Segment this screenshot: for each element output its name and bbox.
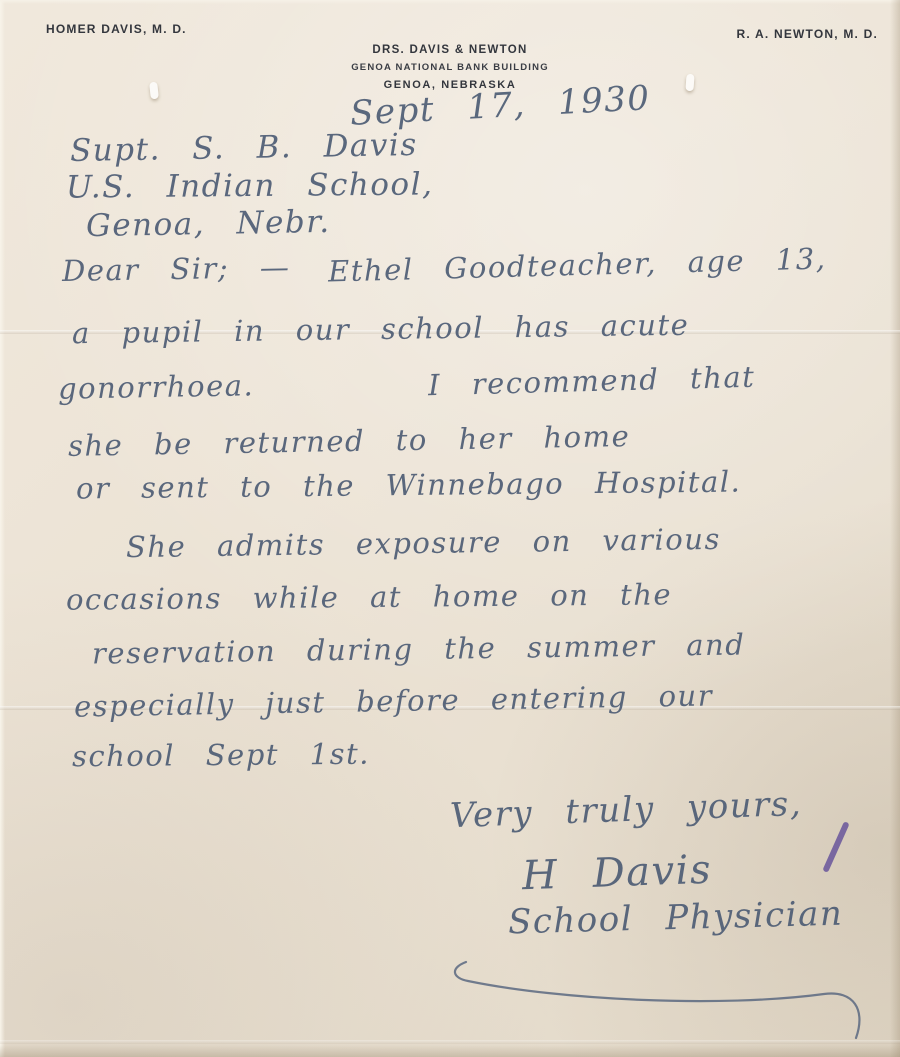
fold-crease-bottom — [0, 1040, 900, 1044]
signature: H Davis — [521, 847, 712, 900]
letterhead-address-line: GENOA NATIONAL BANK BUILDING — [0, 62, 900, 73]
body-line-3b: I recommend that — [428, 360, 756, 403]
body-line-4: she be returned to her home — [68, 419, 631, 463]
body-line-8: reservation during the summer and — [92, 627, 746, 670]
recipient-name: Supt. S. B. Davis — [70, 127, 418, 169]
purple-tally-mark — [822, 821, 849, 873]
letterhead-physician-right: R. A. NEWTON, M. D. — [737, 27, 878, 41]
body-line-7: occasions while at home on the — [66, 577, 672, 616]
scanned-letter: HOMER DAVIS, M. D. R. A. NEWTON, M. D. D… — [0, 0, 900, 1057]
paper-edge-right — [890, 0, 900, 1057]
body-line-6: She admits exposure on various — [126, 522, 721, 564]
letterhead-center-block: DRS. DAVIS & NEWTON GENOA NATIONAL BANK … — [0, 44, 900, 91]
body-line-9: especially just before entering our — [74, 678, 714, 723]
body-line-2: a pupil in our school has acute — [72, 308, 690, 351]
body-line-10: school Sept 1st. — [72, 737, 370, 774]
body-line-1: Ethel Goodteacher, age 13, — [328, 241, 827, 288]
salutation: Dear Sir; — — [62, 250, 291, 288]
paper-edge-top — [0, 0, 900, 4]
recipient-city: Genoa, Nebr. — [86, 204, 331, 244]
letterhead-physician-left: HOMER DAVIS, M. D. — [46, 22, 187, 36]
signer-title: School Physician — [508, 894, 844, 943]
paper-edge-bottom — [0, 1045, 900, 1057]
body-line-3a: gonorrhoea. — [58, 368, 255, 405]
letterhead-practice-name: DRS. DAVIS & NEWTON — [0, 44, 900, 56]
recipient-institution: U.S. Indian School, — [66, 166, 434, 205]
body-line-5: or sent to the Winnebago Hospital. — [76, 465, 742, 506]
paper-edge-left — [0, 0, 5, 1057]
closing: Very truly yours, — [449, 784, 802, 836]
